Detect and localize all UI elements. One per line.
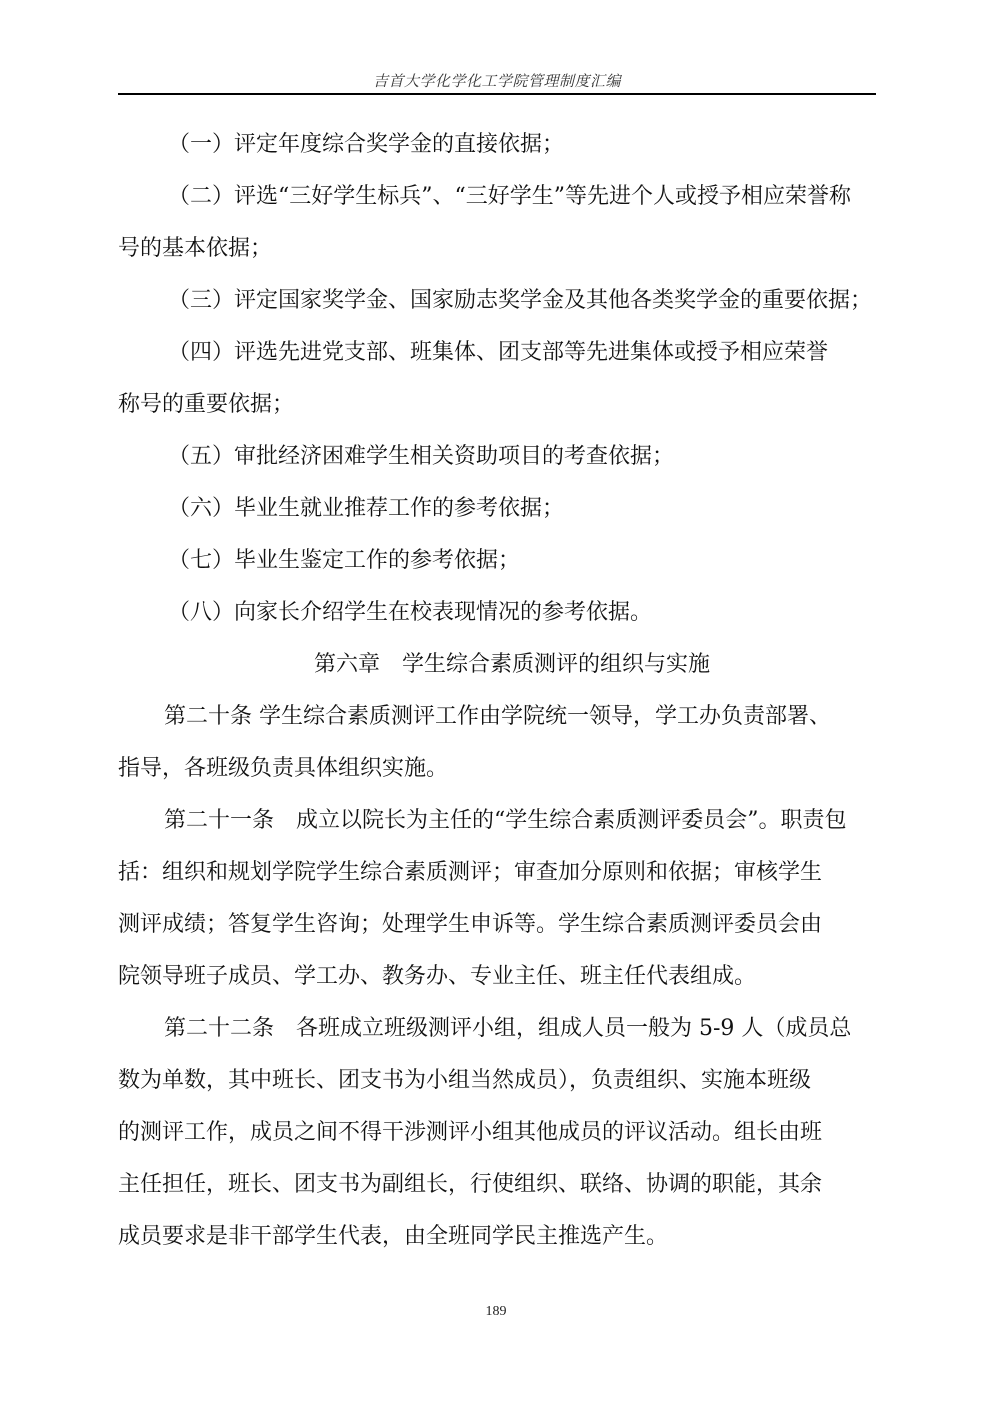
article-21: 第二十一条 成立以院长为主任的“学生综合素质测评委员会”。职责包 [118,799,876,851]
article-22: 第二十二条 各班成立班级测评小组，组成人员一般为 5-9 人（成员总 [118,1007,876,1059]
page-number: 189 [0,1304,992,1320]
article-20-cont: 指导，各班级负责具体组织实施。 [118,747,876,799]
chapter-heading: 第六章 学生综合素质测评的组织与实施 [118,643,876,695]
article-21-cont-3: 院领导班子成员、学工办、教务办、专业主任、班主任代表组成。 [118,955,876,1007]
list-item-3: （三）评定国家奖学金、国家励志奖学金及其他各类奖学金的重要依据； [118,279,876,331]
article-22-cont-3: 主任担任，班长、团支书为副组长，行使组织、联络、协调的职能，其余 [118,1163,876,1215]
list-item-1: （一）评定年度综合奖学金的直接依据； [118,123,876,175]
list-item-7: （七）毕业生鉴定工作的参考依据； [118,539,876,591]
list-item-8: （八）向家长介绍学生在校表现情况的参考依据。 [118,591,876,643]
list-item-5: （五）审批经济困难学生相关资助项目的考查依据； [118,435,876,487]
article-22-cont-1: 数为单数，其中班长、团支书为小组当然成员），负责组织、实施本班级 [118,1059,876,1111]
list-item-4-cont: 称号的重要依据； [118,383,876,435]
article-20: 第二十条 学生综合素质测评工作由学院统一领导，学工办负责部署、 [118,695,876,747]
article-22-cont-4: 成员要求是非干部学生代表，由全班同学民主推选产生。 [118,1215,876,1267]
article-21-cont-2: 测评成绩；答复学生咨询；处理学生申诉等。学生综合素质测评委员会由 [118,903,876,955]
list-item-4: （四）评选先进党支部、班集体、团支部等先进集体或授予相应荣誉 [118,331,876,383]
list-item-2-cont: 号的基本依据； [118,227,876,279]
running-header: 吉首大学化学化工学院管理制度汇编 [118,70,876,91]
article-22-cont-2: 的测评工作，成员之间不得干涉测评小组其他成员的评议活动。组长由班 [118,1111,876,1163]
document-body: （一）评定年度综合奖学金的直接依据； （二）评选“三好学生标兵”、“三好学生”等… [118,123,876,1267]
list-item-2: （二）评选“三好学生标兵”、“三好学生”等先进个人或授予相应荣誉称 [118,175,876,227]
list-item-6: （六）毕业生就业推荐工作的参考依据； [118,487,876,539]
article-21-cont-1: 括：组织和规划学院学生综合素质测评；审查加分原则和依据；审核学生 [118,851,876,903]
header-rule [118,93,876,95]
